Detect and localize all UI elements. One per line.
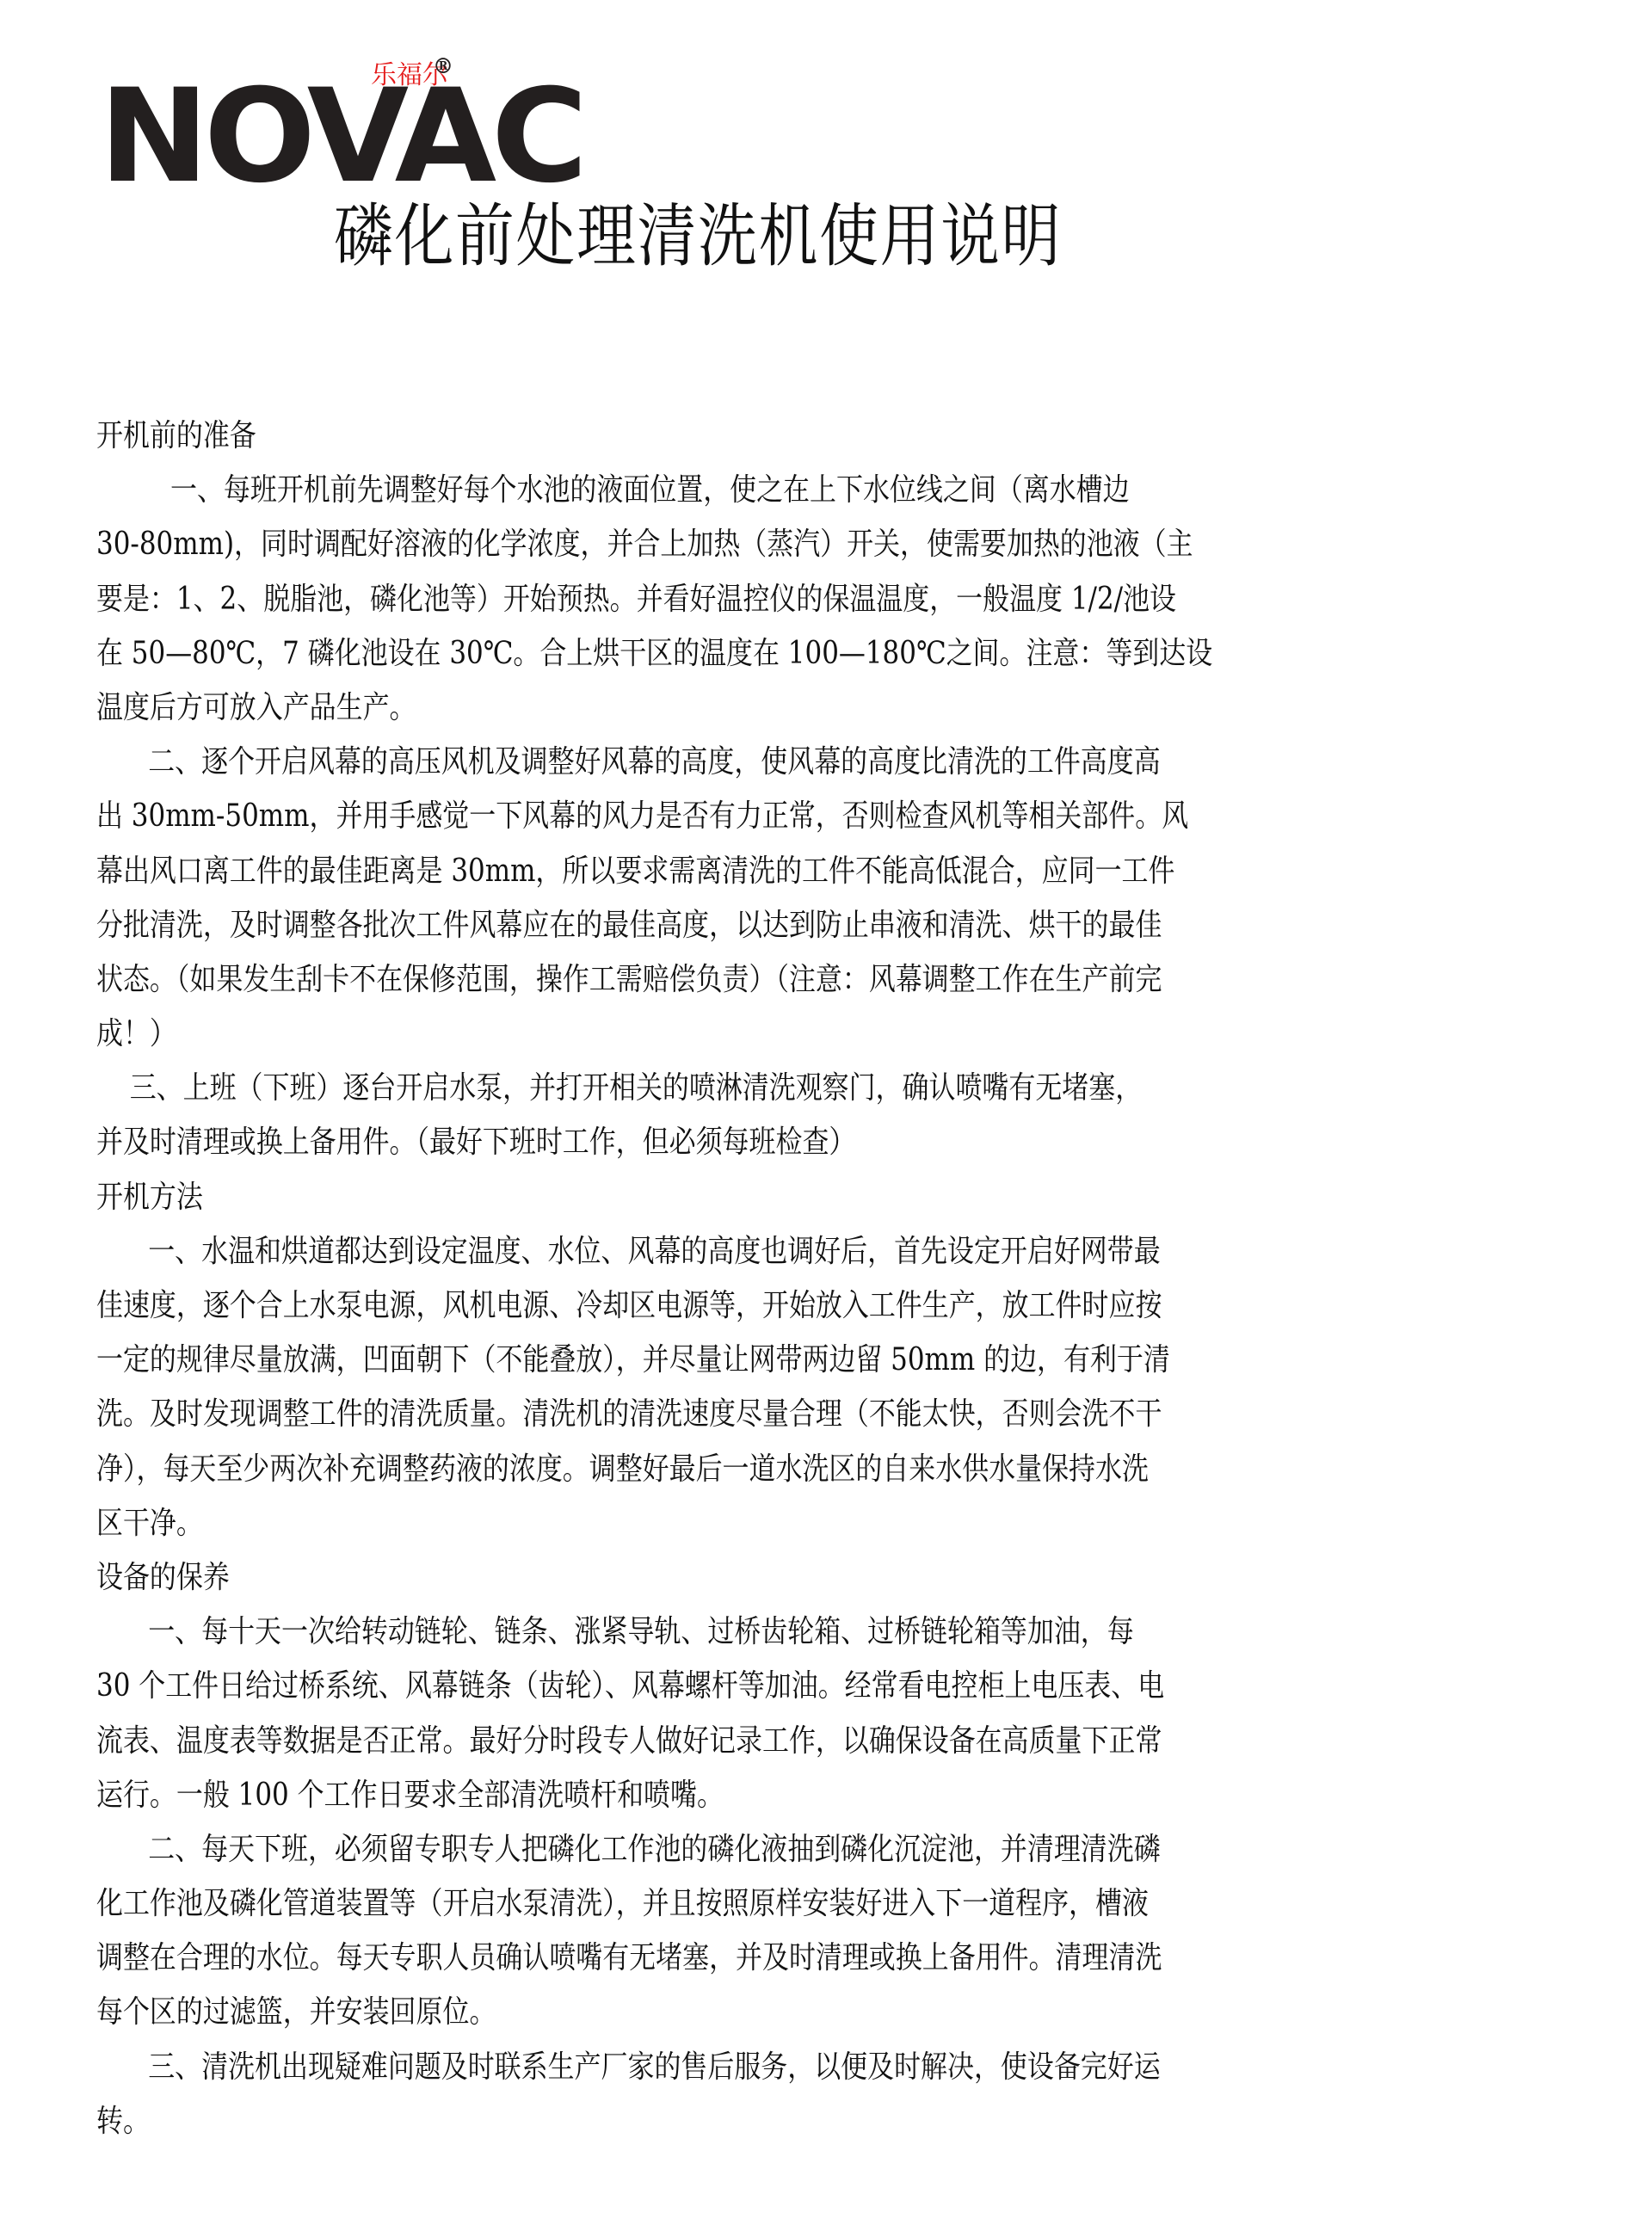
section-heading: 开机前的准备: [96, 409, 1369, 463]
paragraph-line: 状态。（如果发生刮卡不在保修范围，操作工需赔偿负责）（注意：风幕调整工作在生产前…: [96, 952, 1369, 1007]
section-preparation: 开机前的准备 一、每班开机前先调整好每个水池的液面位置，使之在上下水位线之间（离…: [96, 409, 1576, 1170]
paragraph-line: 二、逐个开启风幕的高压风机及调整好风幕的高度，使风幕的高度比清洗的工件高度高: [96, 735, 1369, 789]
paragraph-line: 二、每天下班，必须留专职专人把磷化工作池的磷化液抽到磷化沉淀池，并清理清洗磷: [96, 1822, 1369, 1876]
paragraph-line: 调整在合理的水位。每天专职人员确认喷嘴有无堵塞，并及时清理或换上备用件。清理清洗: [96, 1931, 1369, 1985]
registered-mark-icon: ®: [433, 53, 453, 78]
document-title: 磷化前处理清洗机使用说明: [334, 202, 1062, 271]
novac-logo: NOVAC 乐福尔 ®: [99, 53, 460, 165]
paragraph-line: 一、水温和烘道都达到设定温度、水位、风幕的高度也调好后，首先设定开启好网带最: [96, 1224, 1369, 1279]
paragraph-line: 30 个工件日给过桥系统、风幕链条（齿轮）、风幕螺杆等加油。经常看电控柜上电压表…: [96, 1659, 1369, 1713]
section-startup-method: 开机方法 一、水温和烘道都达到设定温度、水位、风幕的高度也调好后，首先设定开启好…: [96, 1170, 1576, 1550]
paragraph-line: 一、每班开机前先调整好每个水池的液面位置，使之在上下水位线之间（离水槽边: [96, 463, 1369, 517]
paragraph-line: 运行。一般 100 个工作日要求全部清洗喷杆和喷嘴。: [96, 1768, 1369, 1822]
paragraph-line: 净），每天至少两次补充调整药液的浓度。调整好最后一道水洗区的自来水供水量保持水洗: [96, 1442, 1369, 1496]
paragraph-line: 并及时清理或换上备用件。（最好下班时工作，但必须每班检查）: [96, 1115, 1369, 1169]
paragraph-line: 温度后方可放入产品生产。: [96, 681, 1369, 735]
paragraph-line: 转。: [96, 2094, 1369, 2148]
section-maintenance: 设备的保养 一、每十天一次给转动链轮、链条、涨紧导轨、过桥齿轮箱、过桥链轮箱等加…: [96, 1550, 1576, 2148]
paragraph-line: 成！）: [96, 1007, 1369, 1061]
section-heading: 设备的保养: [96, 1550, 1369, 1605]
paragraph-line: 洗。及时发现调整工件的清洗质量。清洗机的清洗速度尽量合理（不能太快，否则会洗不干: [96, 1387, 1369, 1441]
document-body: 开机前的准备 一、每班开机前先调整好每个水池的液面位置，使之在上下水位线之间（离…: [96, 409, 1576, 2148]
paragraph-line: 三、清洗机出现疑难问题及时联系生产厂家的售后服务，以便及时解决，使设备完好运: [96, 2040, 1369, 2094]
logo-wordmark: NOVAC: [99, 72, 583, 201]
paragraph-line: 佳速度，逐个合上水泵电源，风机电源、冷却区电源等，开始放入工件生产，放工件时应按: [96, 1279, 1369, 1333]
paragraph-line: 化工作池及磷化管道装置等（开启水泵清洗），并且按照原样安装好进入下一道程序，槽液: [96, 1876, 1369, 1931]
paragraph-line: 30-80mm)，同时调配好溶液的化学浓度，并合上加热（蒸汽）开关，使需要加热的…: [96, 517, 1369, 571]
section-heading: 开机方法: [96, 1170, 1369, 1224]
paragraph-line: 幕出风口离工件的最佳距离是 30mm，所以要求需离清洗的工件不能高低混合，应同一…: [96, 844, 1369, 898]
paragraph-line: 每个区的过滤篮，并安装回原位。: [96, 1985, 1369, 2039]
paragraph-line: 分批清洗，及时调整各批次工件风幕应在的最佳高度，以达到防止串液和清洗、烘干的最佳: [96, 898, 1369, 952]
paragraph-line: 要是：1、2、脱脂池，磷化池等）开始预热。并看好温控仪的保温温度，一般温度 1/…: [96, 572, 1369, 626]
paragraph-line: 三、上班（下班）逐台开启水泵，并打开相关的喷淋清洗观察门，确认喷嘴有无堵塞，: [96, 1061, 1369, 1115]
paragraph-line: 出 30mm-50mm，并用手感觉一下风幕的风力是否有力正常，否则检查风机等相关…: [96, 789, 1369, 843]
paragraph-line: 一定的规律尽量放满，凹面朝下（不能叠放），并尽量让网带两边留 50mm 的边，有…: [96, 1333, 1369, 1387]
paragraph-line: 区干净。: [96, 1496, 1369, 1550]
paragraph-line: 流表、温度表等数据是否正常。最好分时段专人做好记录工作，以确保设备在高质量下正常: [96, 1714, 1369, 1768]
paragraph-line: 一、每十天一次给转动链轮、链条、涨紧导轨、过桥齿轮箱、过桥链轮箱等加油，每: [96, 1605, 1369, 1659]
paragraph-line: 在 50—80℃，7 磷化池设在 30℃。合上烘干区的温度在 100—180℃之…: [96, 626, 1369, 681]
